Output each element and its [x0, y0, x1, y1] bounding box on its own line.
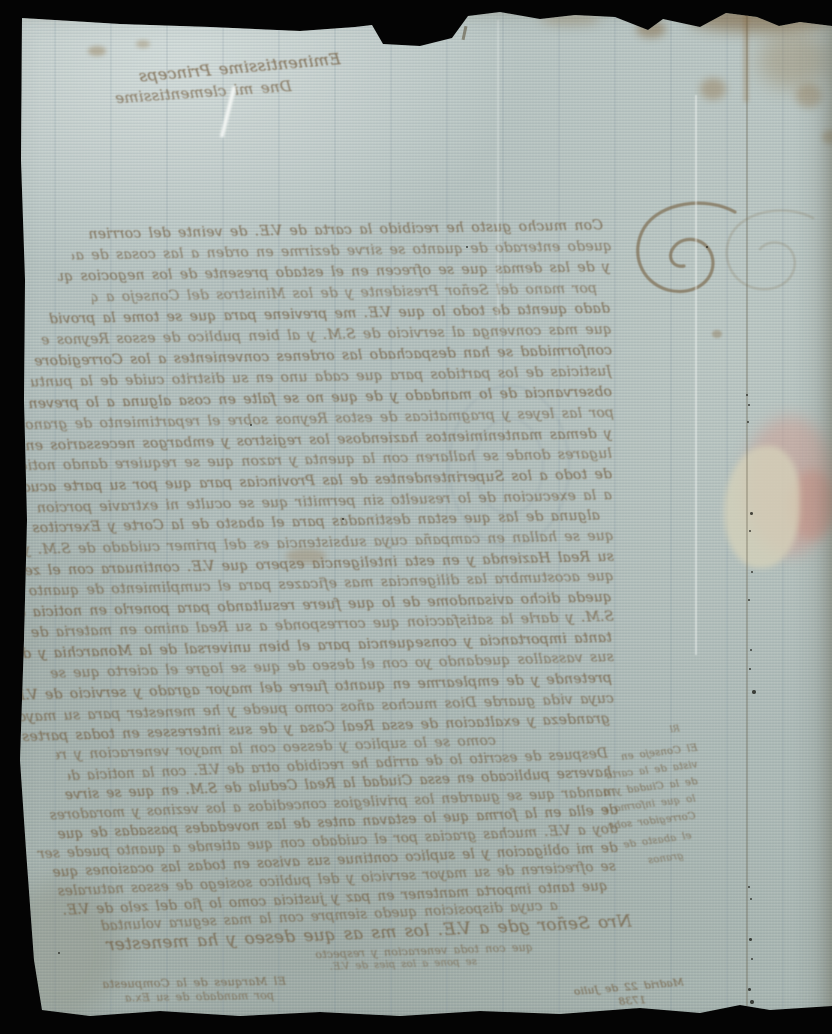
fold-crease — [695, 95, 697, 655]
paper-stain — [724, 446, 800, 568]
paper-stain — [688, 6, 832, 32]
ink-speck — [751, 958, 753, 960]
ink-speck — [749, 668, 751, 670]
scanner-background: Eminentissime PrincepsDne mi clementissi… — [0, 0, 832, 1034]
flourish-initial — [638, 203, 735, 291]
ink-speck — [706, 246, 708, 248]
ink-speck — [750, 1000, 754, 1004]
fold-crease — [744, 12, 748, 102]
ink-speck — [746, 394, 748, 396]
ink-line-margin-note: granos — [619, 851, 684, 873]
paper-stain — [136, 40, 150, 48]
ink-speck — [748, 599, 750, 601]
paper-stain — [788, 470, 832, 540]
paper-stain — [636, 20, 666, 38]
ink-speck — [750, 649, 752, 651]
ink-speck — [749, 938, 752, 941]
ink-speck — [26, 921, 28, 923]
ink-speck — [752, 690, 756, 694]
paper-stain — [758, 30, 828, 90]
ink-speck — [748, 886, 750, 888]
ink-speck — [750, 512, 753, 515]
paper-stain — [744, 416, 832, 556]
ink-speck — [748, 404, 750, 406]
ink-line-margin-note: Rl — [645, 724, 680, 740]
ink-speck — [58, 952, 60, 954]
paper-stain — [822, 130, 832, 144]
paper-stain — [796, 84, 822, 108]
fold-crease — [462, 26, 468, 40]
paper-stain — [712, 330, 722, 338]
ink-speck — [747, 421, 749, 423]
ink-speck — [14, 936, 16, 938]
ink-speck — [751, 571, 753, 573]
ink-speck — [749, 530, 751, 532]
paper-stain — [88, 46, 106, 56]
ink-line-dateline: 1738 — [592, 994, 647, 1012]
ink-speck — [748, 988, 751, 991]
manuscript-page: Eminentissime PrincepsDne mi clementissi… — [0, 0, 832, 1034]
paper-stain — [700, 78, 726, 100]
ink-speck — [750, 898, 752, 900]
ink-speck — [18, 906, 21, 909]
flourish-echo-icon — [727, 211, 813, 290]
paper-stain — [540, 12, 600, 26]
ink-line-closing: por mandado de su Ex.a — [34, 989, 274, 1008]
fold-crease — [746, 12, 748, 1010]
